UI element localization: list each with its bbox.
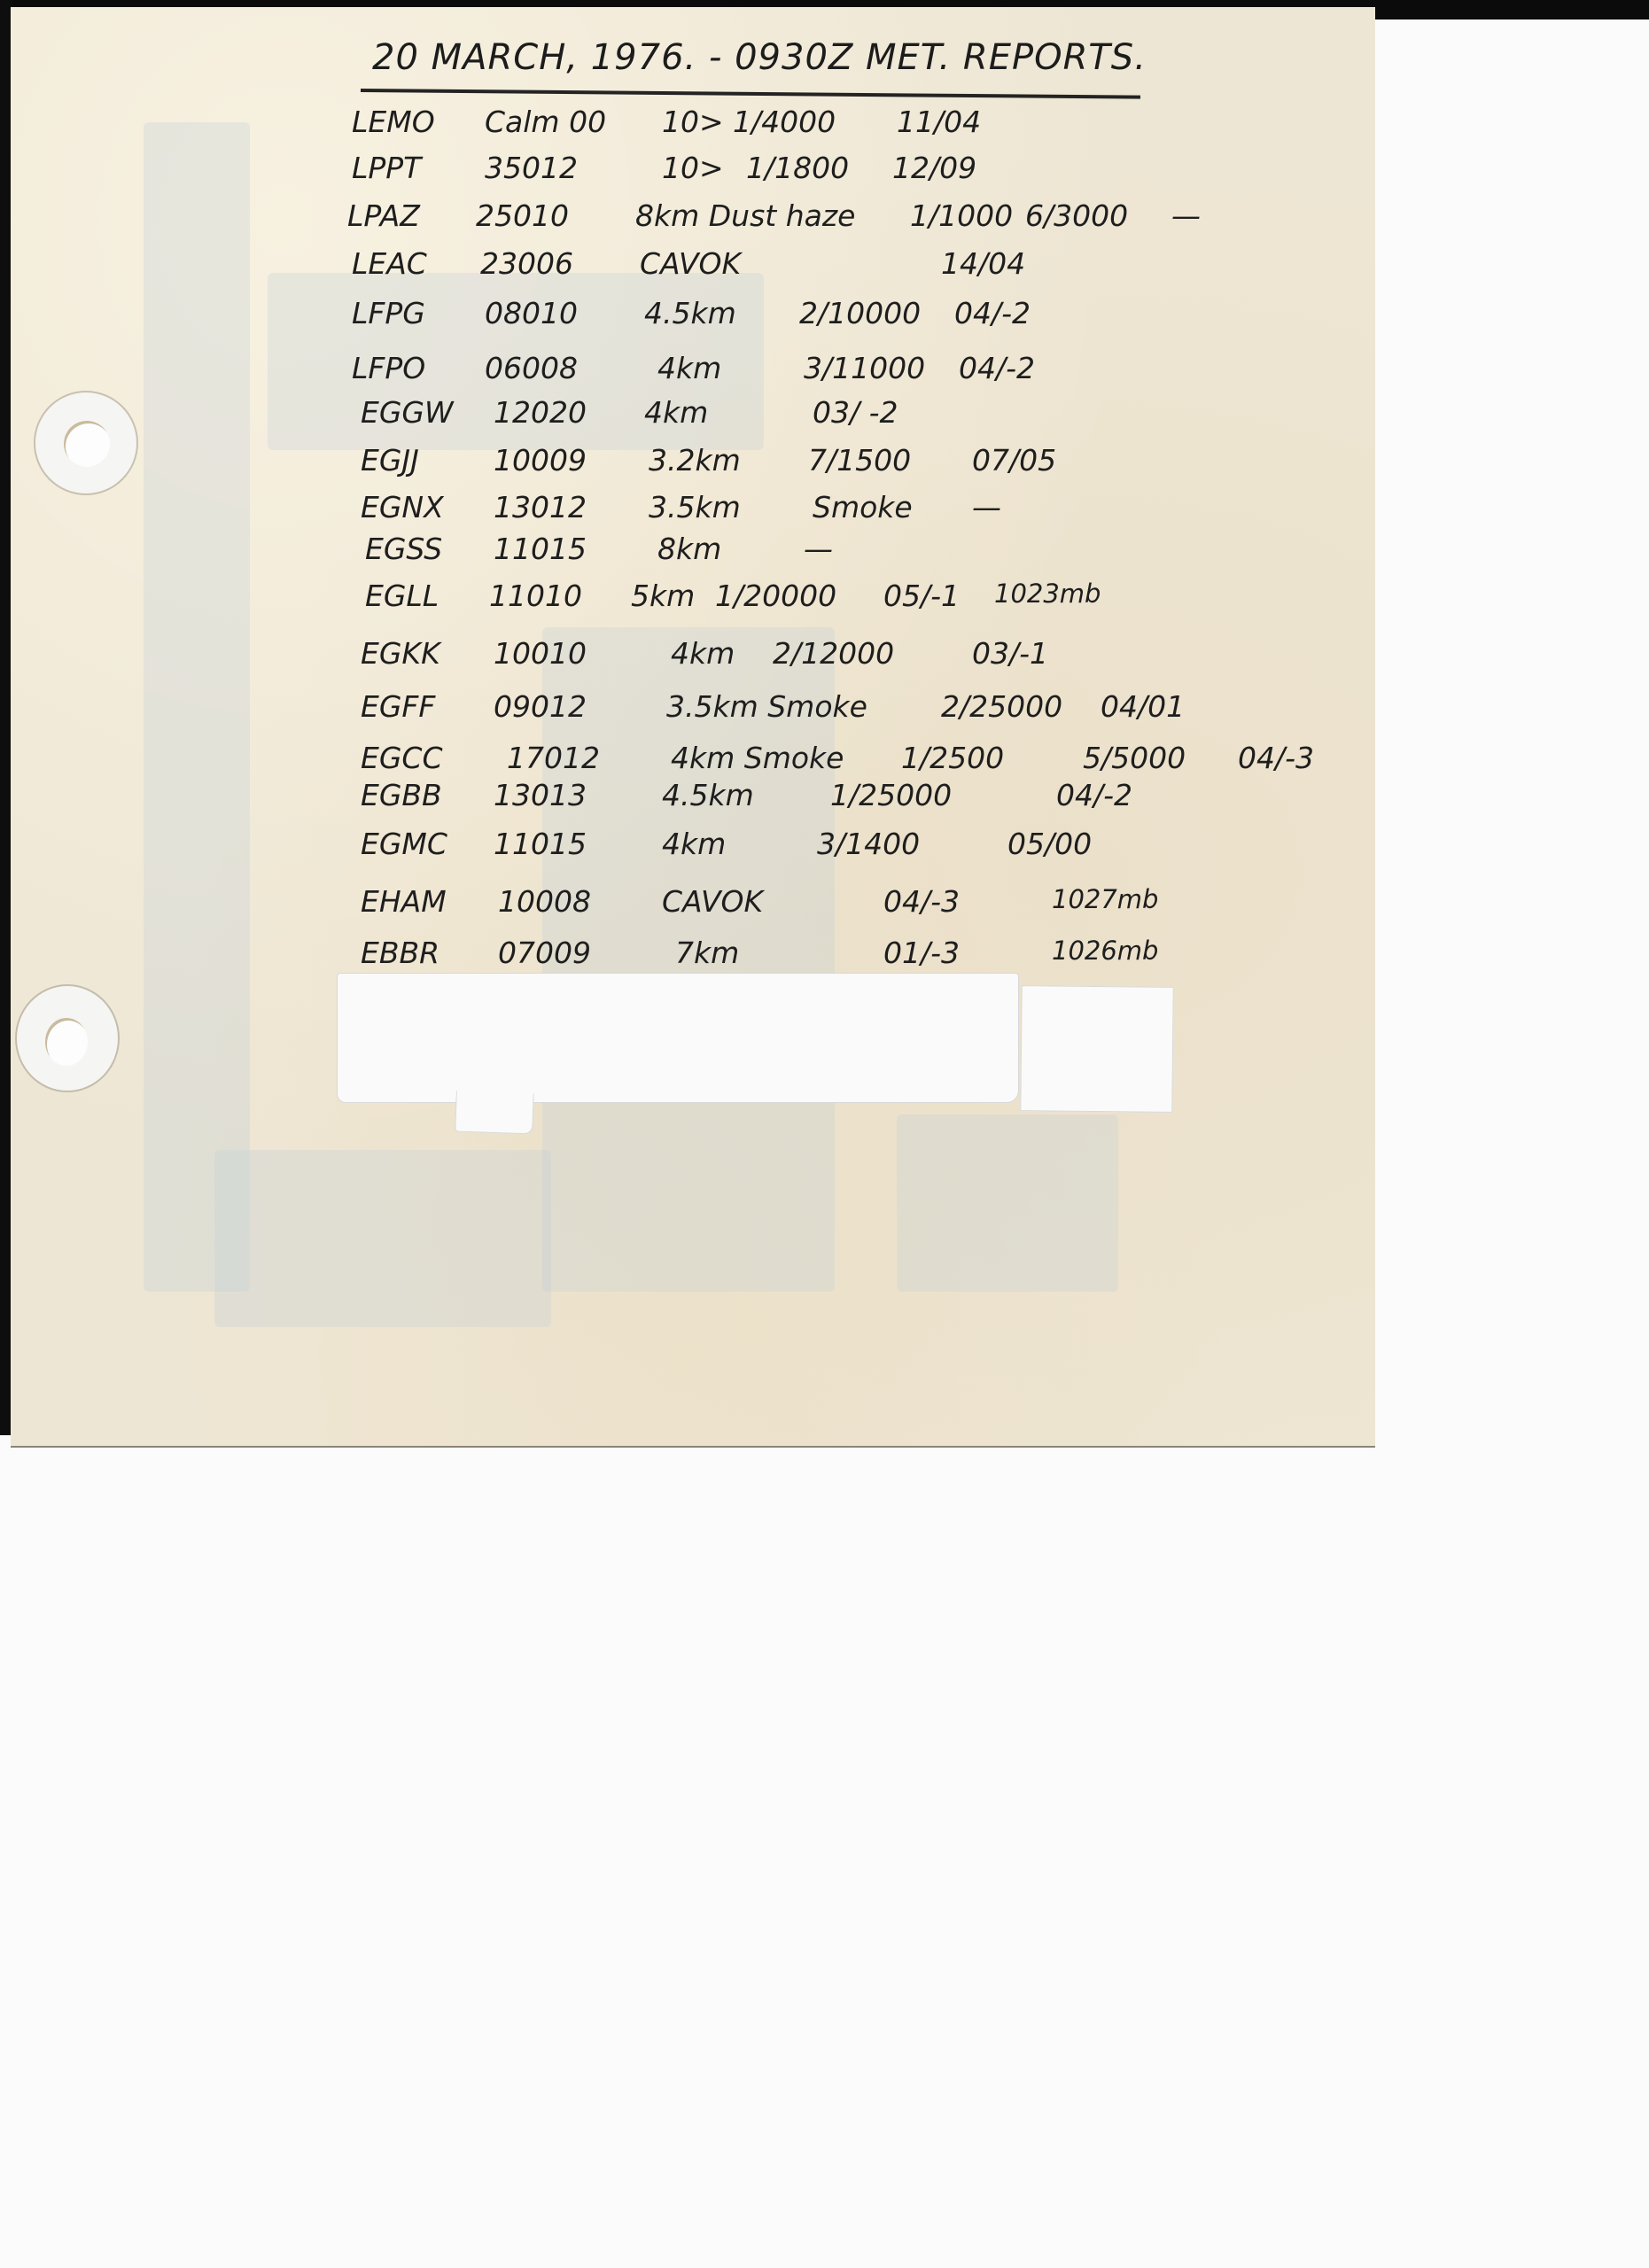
- station-code: EGFF: [361, 689, 435, 724]
- cloud-1: 1/1800: [746, 151, 849, 185]
- report-row: EGFF 09012 3.5km Smoke 2/25000 04/01: [11, 689, 1375, 732]
- show-through-block: [897, 1115, 1118, 1292]
- cloud-1: 1/25000: [830, 778, 952, 812]
- temp-dew: 11/04: [897, 105, 981, 139]
- wind: Calm 00: [485, 105, 606, 139]
- wind: 23006: [480, 246, 573, 281]
- report-row: LFPO 06008 4km 3/11000 04/-2: [11, 351, 1375, 393]
- temp-dew: 07/05: [972, 443, 1056, 478]
- pressure: 1026mb: [1052, 936, 1158, 966]
- wind: 13012: [494, 490, 587, 524]
- visibility: 5km: [631, 579, 695, 613]
- station-code: LFPO: [352, 351, 425, 385]
- report-row: EGCC 17012 4km Smoke 1/2500 5/5000 04/-3: [11, 741, 1375, 783]
- tape-patch: [1020, 985, 1173, 1113]
- station-code: EGJJ: [361, 443, 419, 478]
- temp-dew: 04/-2: [954, 296, 1031, 330]
- visibility: 4km: [671, 636, 735, 671]
- report-row: EGJJ 10009 3.2km 7/1500 07/05: [11, 443, 1375, 485]
- wind: 13013: [494, 778, 587, 812]
- station-code: LPPT: [352, 151, 421, 185]
- visibility: 3.5km: [649, 490, 741, 524]
- visibility: 4.5km: [644, 296, 736, 330]
- cloud-1: 1/1000: [910, 198, 1013, 233]
- temp-dew: 04/-2: [959, 351, 1035, 385]
- temp-dew: 04/01: [1101, 689, 1185, 724]
- report-row: EBBR 07009 7km 01/-3 1026mb: [11, 936, 1375, 978]
- tape-patch: [337, 973, 1019, 1103]
- cloud-2: 6/3000: [1025, 198, 1128, 233]
- temp-dew: 04/-2: [1056, 778, 1132, 812]
- temp-dew: 03/ -2: [813, 395, 898, 430]
- temp-dew: 12/09: [892, 151, 976, 185]
- report-row: EHAM 10008 CAVOK 04/-3 1027mb: [11, 884, 1375, 927]
- visibility: 10>: [662, 151, 724, 185]
- cloud-1: 7/1500: [808, 443, 911, 478]
- report-row: EGSS 11015 8km —: [11, 532, 1375, 574]
- cloud-1: 1/4000: [733, 105, 836, 139]
- report-row: LPAZ 25010 8km Dust haze 1/1000 6/3000 —: [11, 198, 1375, 241]
- wind: 06008: [485, 351, 578, 385]
- visibility: 4.5km: [662, 778, 754, 812]
- visibility: 7km: [675, 936, 739, 970]
- station-code: LEAC: [352, 246, 427, 281]
- punch-hole: [45, 1018, 88, 1066]
- report-row: EGKK 10010 4km 2/12000 03/-1: [11, 636, 1375, 679]
- tape-tab: [455, 1091, 534, 1134]
- temp-dew: 03/-1: [972, 636, 1048, 671]
- report-row: EGLL 11010 5km 1/20000 05/-1 1023mb: [11, 579, 1375, 621]
- station-code: EHAM: [361, 884, 447, 919]
- station-code: EGKK: [361, 636, 440, 671]
- show-through-block: [214, 1150, 551, 1327]
- station-code: EGGW: [361, 395, 454, 430]
- report-row: LEMO Calm 00 10> 1/4000 11/04: [11, 105, 1375, 147]
- station-code: LPAZ: [347, 198, 420, 233]
- cloud-1: —: [804, 532, 833, 566]
- report-row: LFPG 08010 4.5km 2/10000 04/-2: [11, 296, 1375, 338]
- temp-dew: 01/-3: [883, 936, 960, 970]
- visibility: 3.5km Smoke: [666, 689, 867, 724]
- visibility: 3.2km: [649, 443, 741, 478]
- temp-dew: —: [1171, 198, 1201, 233]
- punch-hole: [64, 421, 110, 467]
- cloud-1: 2/12000: [773, 636, 894, 671]
- cloud-1: 3/11000: [804, 351, 925, 385]
- visibility: 4km Smoke: [671, 741, 844, 775]
- station-code: EGCC: [361, 741, 443, 775]
- temp-dew: —: [972, 490, 1001, 524]
- temp-dew: 05/00: [1007, 827, 1092, 861]
- visibility: 8km Dust haze: [635, 198, 855, 233]
- cloud-1: 1/2500: [901, 741, 1004, 775]
- station-code: EGNX: [361, 490, 444, 524]
- title-underline: [361, 89, 1140, 99]
- report-row: EGGW 12020 4km 03/ -2: [11, 395, 1375, 438]
- wind: 11015: [494, 532, 587, 566]
- wind: 10008: [498, 884, 591, 919]
- station-code: EGBB: [361, 778, 442, 812]
- report-row: EGBB 13013 4.5km 1/25000 04/-2: [11, 778, 1375, 820]
- visibility: 4km: [644, 395, 708, 430]
- station-code: EGSS: [365, 532, 442, 566]
- visibility: CAVOK: [640, 246, 741, 281]
- paper-sheet: 20 MARCH, 1976. - 0930Z MET. REPORTS. LE…: [11, 7, 1375, 1448]
- report-row: EGNX 13012 3.5km Smoke —: [11, 490, 1375, 532]
- wind: 09012: [494, 689, 587, 724]
- weather: Smoke: [813, 490, 913, 524]
- wind: 12020: [494, 395, 587, 430]
- visibility: CAVOK: [662, 884, 763, 919]
- visibility: 8km: [657, 532, 721, 566]
- station-code: LEMO: [352, 105, 435, 139]
- cloud-1: 2/25000: [941, 689, 1062, 724]
- visibility: 10>: [662, 105, 724, 139]
- cloud-1: 3/1400: [817, 827, 920, 861]
- wind: 08010: [485, 296, 578, 330]
- pressure: 1027mb: [1052, 884, 1158, 914]
- wind: 10010: [494, 636, 587, 671]
- report-row: LEAC 23006 CAVOK 14/04: [11, 246, 1375, 289]
- wind: 07009: [498, 936, 591, 970]
- visibility: 4km: [657, 351, 721, 385]
- temp-dew: 05/-1: [883, 579, 960, 613]
- punch-hole-reinforcement: [35, 392, 136, 493]
- station-code: EGMC: [361, 827, 447, 861]
- wind: 17012: [507, 741, 600, 775]
- report-row: LPPT 35012 10> 1/1800 12/09: [11, 151, 1375, 193]
- wind: 25010: [476, 198, 569, 233]
- station-code: EGLL: [365, 579, 439, 613]
- cloud-1: 1/20000: [715, 579, 836, 613]
- station-code: EBBR: [361, 936, 439, 970]
- report-row: EGMC 11015 4km 3/1400 05/00: [11, 827, 1375, 869]
- cloud-1: 2/10000: [799, 296, 921, 330]
- cloud-2: 5/5000: [1083, 741, 1186, 775]
- punch-hole-reinforcement: [17, 986, 118, 1091]
- visibility: 4km: [662, 827, 726, 861]
- wind: 10009: [494, 443, 587, 478]
- wind: 11015: [494, 827, 587, 861]
- wind: 35012: [485, 151, 578, 185]
- temp-dew: 04/-3: [1238, 741, 1314, 775]
- temp-dew: 04/-3: [883, 884, 960, 919]
- wind: 11010: [489, 579, 582, 613]
- station-code: LFPG: [352, 296, 425, 330]
- pressure: 1023mb: [994, 579, 1101, 609]
- page-title: 20 MARCH, 1976. - 0930Z MET. REPORTS.: [372, 37, 1134, 78]
- temp-dew: 14/04: [941, 246, 1025, 281]
